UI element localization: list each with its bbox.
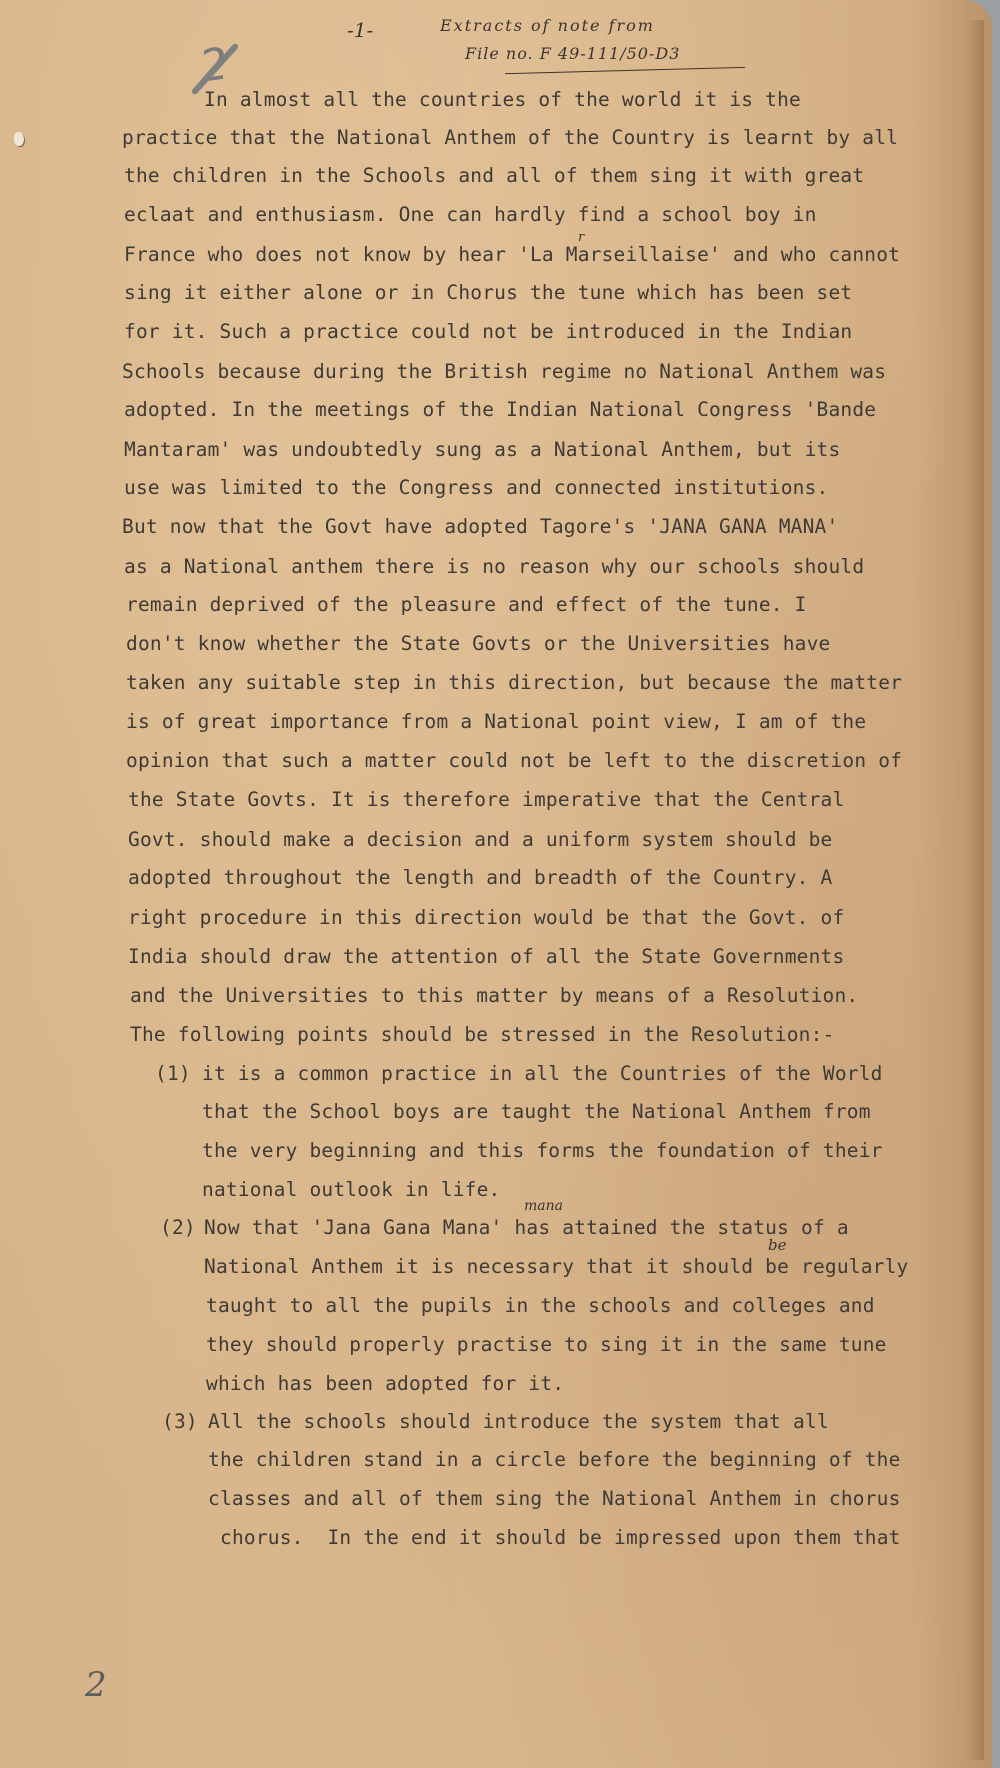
body-line: for it. Such a practice could not be int… <box>124 320 852 343</box>
body-line: Govt. should make a decision and a unifo… <box>128 828 832 851</box>
body-line: In almost all the countries of the world… <box>204 88 801 111</box>
point-line: Now that 'Jana Gana Mana' has attained t… <box>204 1216 849 1239</box>
body-line: India should draw the attention of all t… <box>128 945 844 968</box>
point-line: All the schools should introduce the sys… <box>208 1410 829 1433</box>
body-line: right procedure in this direction would … <box>128 906 844 929</box>
point-line: the children stand in a circle before th… <box>208 1448 901 1471</box>
page-number: -1- <box>347 18 373 42</box>
point-line: which has been adopted for it. <box>206 1372 564 1395</box>
point-line: they should properly practise to sing it… <box>206 1333 887 1356</box>
point-line: classes and all of them sing the Nationa… <box>208 1487 901 1510</box>
body-line: practice that the National Anthem of the… <box>122 126 898 149</box>
insert-annotation: mana <box>524 1198 563 1214</box>
point-line: taught to all the pupils in the schools … <box>206 1294 875 1317</box>
point-line: the very beginning and this forms the fo… <box>202 1139 883 1162</box>
insert-annotation: be <box>768 1236 786 1254</box>
point-line: chorus. In the end it should be impresse… <box>220 1526 901 1549</box>
file-reference: File no. F 49-111/50-D3 <box>465 44 680 63</box>
margin-number: 2 <box>85 1665 107 1705</box>
body-line: France who does not know by hear 'La Mar… <box>124 243 900 266</box>
point-number: (1) <box>155 1062 191 1085</box>
extract-note: Extracts of note from <box>440 16 655 35</box>
file-reference-underline <box>505 67 745 74</box>
point-number: (3) <box>162 1410 198 1433</box>
body-line: the State Govts. It is therefore imperat… <box>128 788 844 811</box>
body-line: opinion that such a matter could not be … <box>126 749 902 772</box>
body-line: taken any suitable step in this directio… <box>126 671 902 694</box>
body-line: But now that the Govt have adopted Tagor… <box>122 515 838 538</box>
body-line: adopted. In the meetings of the Indian N… <box>124 398 876 421</box>
paper-edge-shadow <box>966 20 984 1760</box>
body-line: and the Universities to this matter by m… <box>130 984 858 1007</box>
body-line: adopted throughout the length and breadt… <box>128 866 832 889</box>
point-line: National Anthem it is necessary that it … <box>204 1255 908 1278</box>
point-number: (2) <box>160 1216 196 1239</box>
body-line: The following points should be stressed … <box>130 1023 834 1046</box>
body-line: Mantaram' was undoubtedly sung as a Nati… <box>124 438 840 461</box>
body-line: the children in the Schools and all of t… <box>124 164 864 187</box>
body-line: don't know whether the State Govts or th… <box>126 632 830 655</box>
point-line: that the School boys are taught the Nati… <box>202 1100 871 1123</box>
body-line: is of great importance from a National p… <box>126 710 866 733</box>
punch-hole <box>14 132 24 146</box>
point-line: national outlook in life. <box>202 1178 501 1201</box>
body-line: eclaat and enthusiasm. One can hardly fi… <box>124 203 817 226</box>
body-line: sing it either alone or in Chorus the tu… <box>124 281 852 304</box>
document-page: 2 -1- Extracts of note from File no. F 4… <box>0 0 992 1768</box>
body-line: as a National anthem there is no reason … <box>124 555 864 578</box>
body-line: Schools because during the British regim… <box>122 360 886 383</box>
body-line: remain deprived of the pleasure and effe… <box>126 593 807 616</box>
point-line: it is a common practice in all the Count… <box>202 1062 883 1085</box>
body-line: use was limited to the Congress and conn… <box>124 476 828 499</box>
insert-annotation: r <box>578 230 584 245</box>
